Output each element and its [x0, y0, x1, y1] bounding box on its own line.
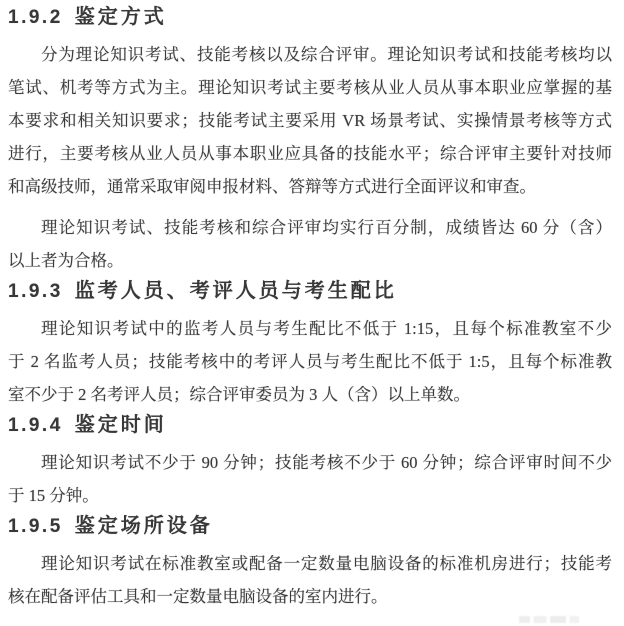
paragraph: 理论知识考试、技能考核和综合评审均实行百分制，成绩皆达 60 分（含） 以上者为…	[8, 211, 612, 277]
body-line: 进行，主要考核从业人员从事本职业应具备的技能水平；综合评审主要针对技师	[8, 137, 612, 170]
body-line: 室不少于 2 名考评人员；综合评审委员为 3 人（含）以上单数。	[8, 378, 612, 411]
paragraph: 理论知识考试不少于 90 分钟；技能考核不少于 60 分钟；综合评审时间不少 于…	[8, 446, 612, 512]
section-title: 鉴定场所设备	[75, 515, 213, 537]
body-line: 理论知识考试中的监考人员与考生配比不低于 1:15，且每个标准教室不少	[8, 312, 612, 345]
paragraph: 理论知识考试中的监考人员与考生配比不低于 1:15，且每个标准教室不少 于 2 …	[8, 312, 612, 411]
body-line: 于 15 分钟。	[8, 479, 612, 512]
body-line: 核在配备评估工具和一定数量电脑设备的室内进行。	[8, 580, 612, 613]
section-title: 鉴定时间	[75, 414, 167, 436]
section-number: 1.9.5	[8, 516, 63, 537]
section-title: 鉴定方式	[75, 6, 167, 28]
body-line: 本要求和相关知识要求；技能考试主要采用 VR 场景考试、实操情景考核等方式	[8, 104, 612, 137]
body-line: 以上者为合格。	[8, 244, 612, 277]
body-line: 分为理论知识考试、技能考核以及综合评审。理论知识考试和技能考核均以	[8, 38, 612, 71]
section-number: 1.9.4	[8, 415, 63, 436]
paragraph: 理论知识考试在标准教室或配备一定数量电脑设备的标准机房进行；技能考 核在配备评估…	[8, 547, 612, 613]
paragraph: 分为理论知识考试、技能考核以及综合评审。理论知识考试和技能考核均以 笔试、机考等…	[8, 38, 612, 203]
document-page: 1.9.2鉴定方式 分为理论知识考试、技能考核以及综合评审。理论知识考试和技能考…	[0, 0, 624, 613]
section-number: 1.9.3	[8, 281, 63, 302]
body-line: 于 2 名监考人员；技能考核中的考评人员与考生配比不低于 1:5，且每个标准教	[8, 345, 612, 378]
faint-watermark-smudge	[519, 616, 579, 623]
section-heading-195: 1.9.5鉴定场所设备	[8, 514, 612, 539]
body-line: 笔试、机考等方式为主。理论知识考试主要考核从业人员从事本职业应掌握的基	[8, 71, 612, 104]
section-heading-192: 1.9.2鉴定方式	[8, 5, 612, 30]
body-line: 理论知识考试不少于 90 分钟；技能考核不少于 60 分钟；综合评审时间不少	[8, 446, 612, 479]
section-heading-193: 1.9.3监考人员、考评人员与考生配比	[8, 279, 612, 304]
section-number: 1.9.2	[8, 7, 63, 28]
body-line: 理论知识考试在标准教室或配备一定数量电脑设备的标准机房进行；技能考	[8, 547, 612, 580]
section-heading-194: 1.9.4鉴定时间	[8, 413, 612, 438]
body-line: 和高级技师，通常采取审阅申报材料、答辩等方式进行全面评议和审查。	[8, 170, 612, 203]
body-line: 理论知识考试、技能考核和综合评审均实行百分制，成绩皆达 60 分（含）	[8, 211, 612, 244]
section-title: 监考人员、考评人员与考生配比	[75, 280, 397, 302]
